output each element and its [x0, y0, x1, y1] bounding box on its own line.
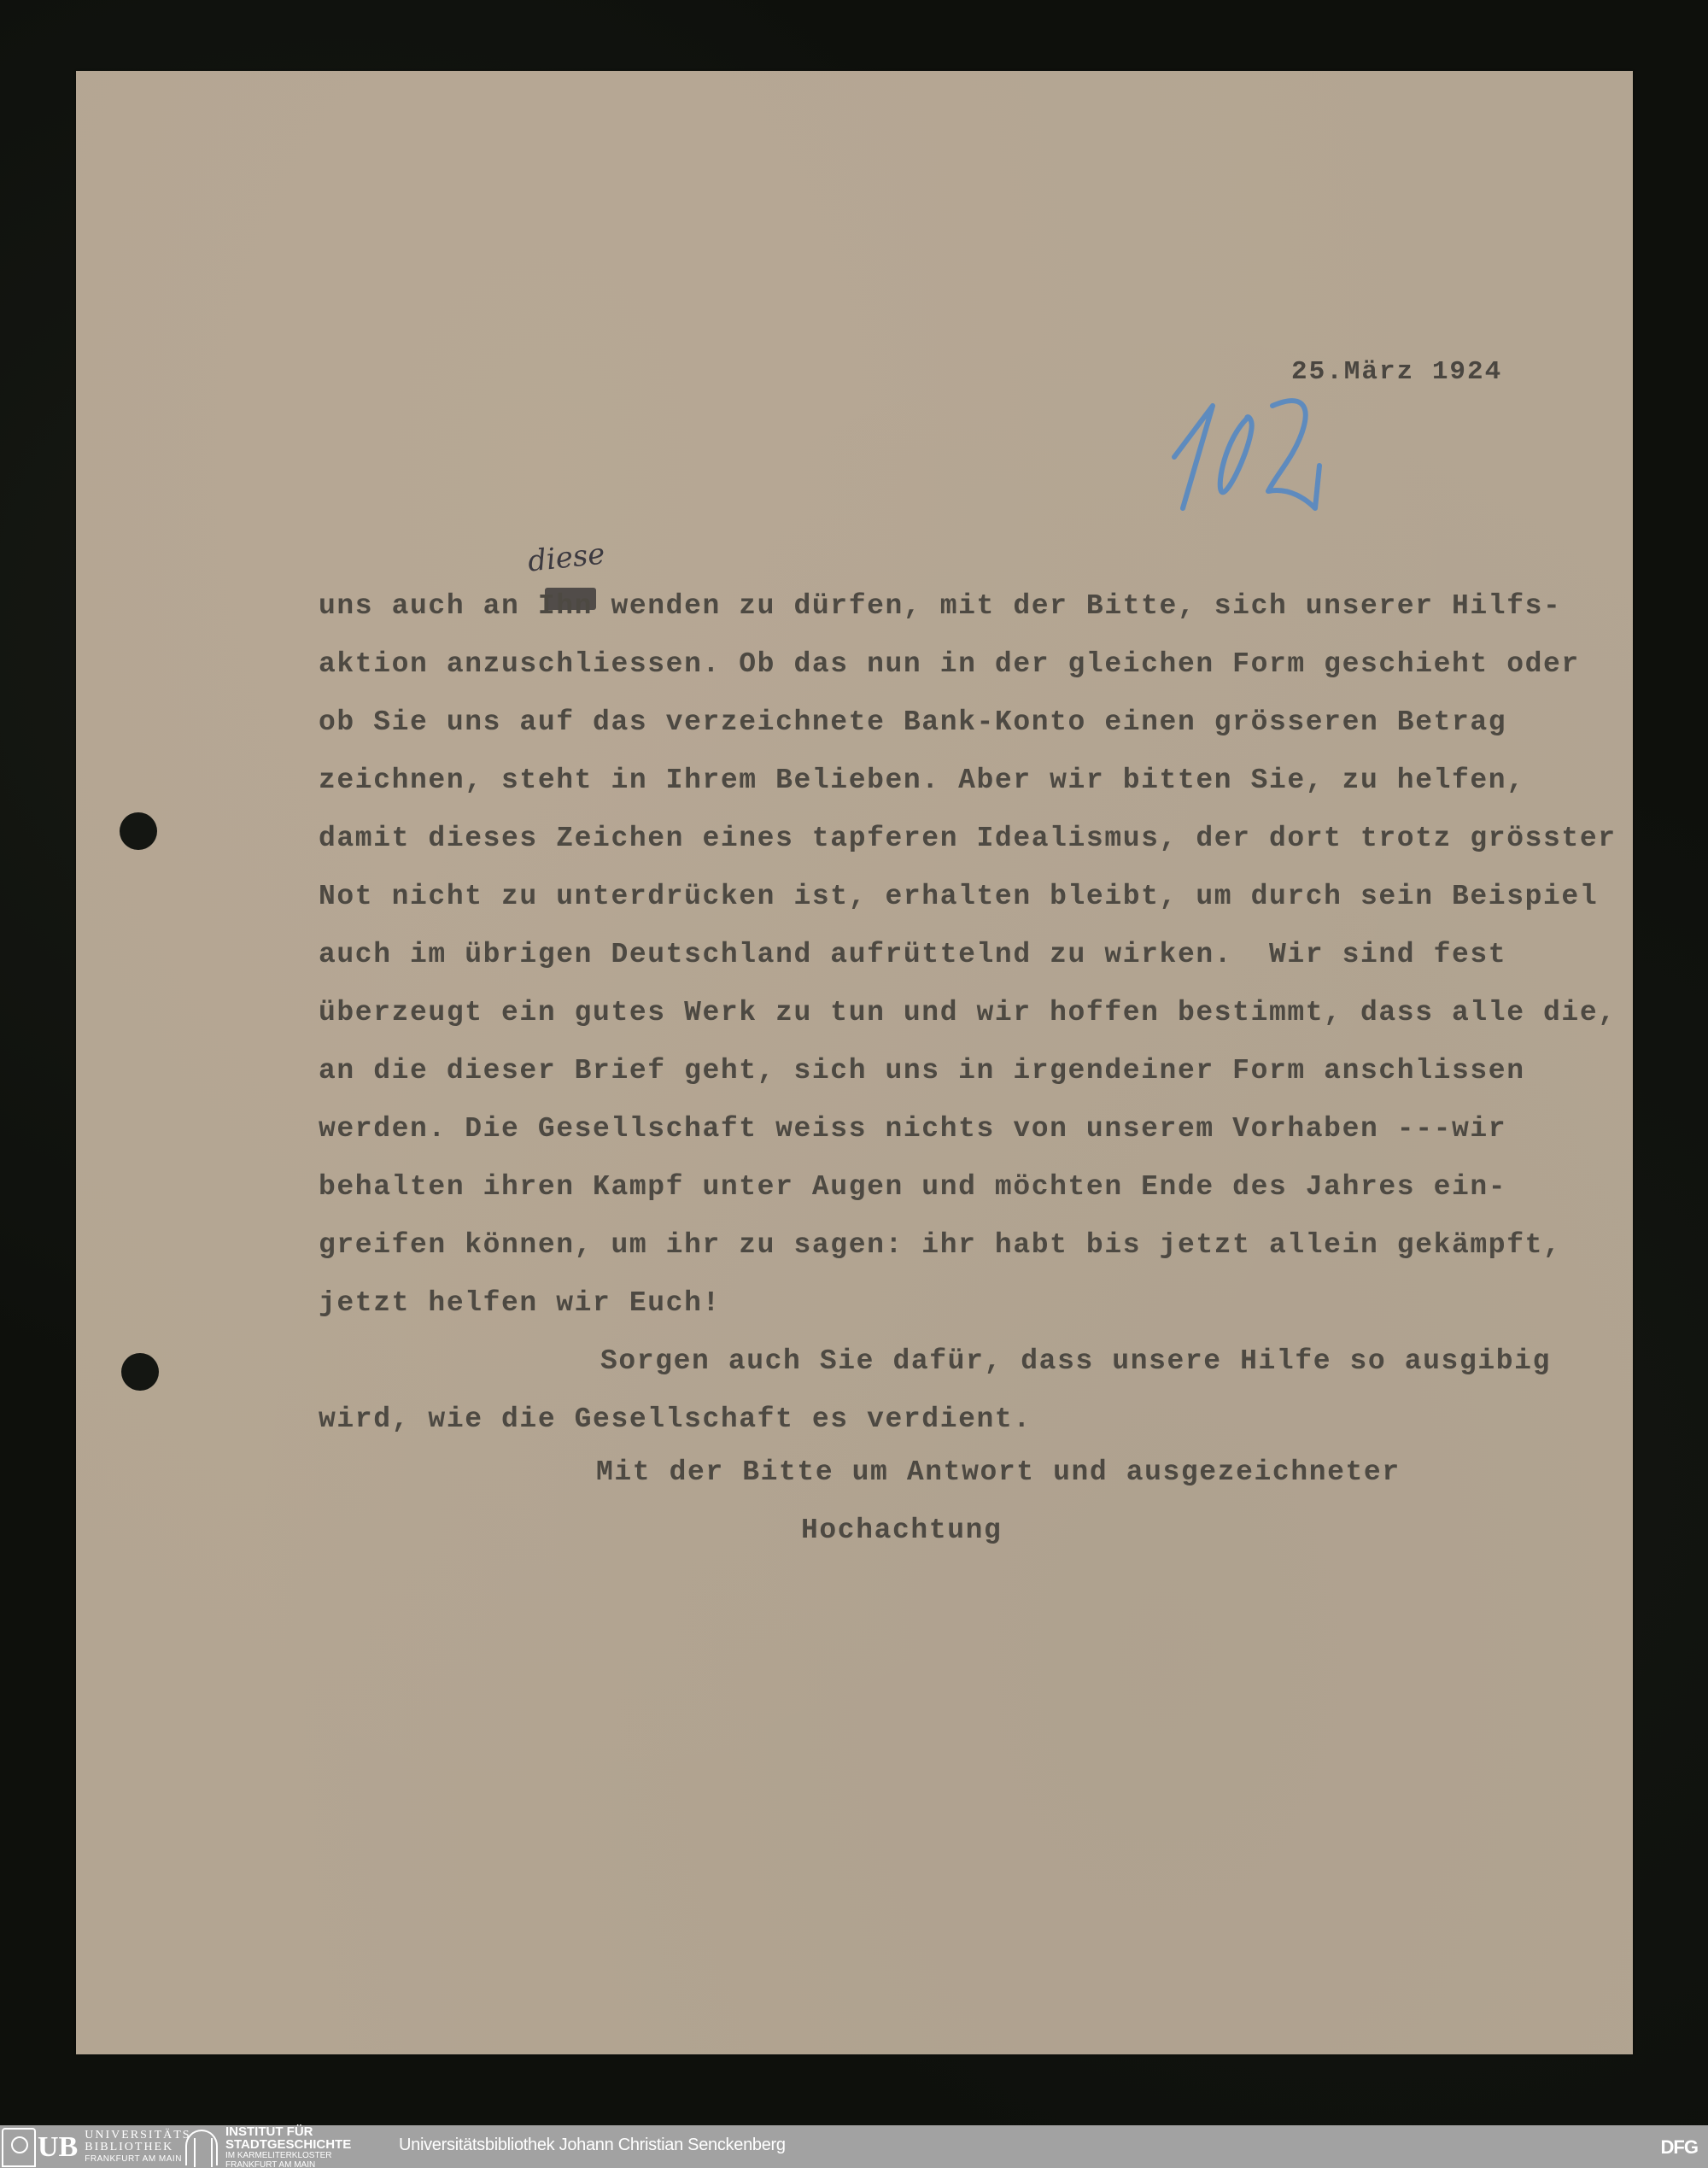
ub-logo-letters: UB [38, 2131, 78, 2164]
body-line: überzeugt ein gutes Werk zu tun und wir … [319, 984, 1634, 1042]
closing-line: Mit der Bitte um Antwort und ausgezeichn… [596, 1456, 1401, 1488]
institut-logo-text: INSTITUT FÜR STADTGESCHICHTE IM KARMELIT… [225, 2125, 351, 2168]
ub-logo-line: BIBLIOTHEK [85, 2142, 190, 2153]
ub-logo-line: FRANKFURT AM MAIN [85, 2153, 190, 2165]
body-line: uns auch an Ihn wenden zu dürfen, mit de… [319, 577, 1634, 636]
body-line: werden. Die Gesellschaft weiss nichts vo… [319, 1100, 1634, 1158]
svg-text:102: 102 [1166, 389, 1167, 390]
ub-library-logo[interactable]: UB UNIVERSITÄTS BIBLIOTHEK FRANKFURT AM … [2, 2129, 191, 2166]
body-line: an die dieser Brief geht, sich uns in ir… [319, 1042, 1634, 1100]
institut-stadtgeschichte-logo[interactable]: INSTITUT FÜR STADTGESCHICHTE IM KARMELIT… [185, 2129, 351, 2166]
body-line: greifen können, um ihr zu sagen: ihr hab… [319, 1216, 1634, 1274]
body-line: jetzt helfen wir Euch! [319, 1274, 1634, 1333]
dfg-logo[interactable]: DFG [1661, 2136, 1698, 2159]
body-line: behalten ihren Kampf unter Augen und möc… [319, 1158, 1634, 1216]
punch-hole-bottom [121, 1353, 159, 1391]
body-line: wird, wie die Gesellschaft es verdient. [319, 1391, 1634, 1449]
body-line: aktion anzuschliessen. Ob das nun in der… [319, 636, 1634, 694]
punch-hole-top [120, 812, 157, 850]
institut-logo-line: IM KARMELITERKLOSTER [225, 2151, 351, 2160]
letter-date: 25.März 1924 [1291, 357, 1502, 387]
institut-logo-line: FRANKFURT AM MAIN [225, 2160, 351, 2168]
body-line: auch im übrigen Deutschland aufrüttelnd … [319, 926, 1634, 984]
body-line: damit dieses Zeichen eines tapferen Idea… [319, 810, 1634, 868]
ub-portrait-icon [2, 2128, 36, 2167]
folio-number-handwritten: 102 [1166, 389, 1345, 517]
body-line-paragraph-start: Sorgen auch Sie dafür, dass unsere Hilfe… [319, 1333, 1634, 1391]
letter-body: uns auch an Ihn wenden zu dürfen, mit de… [319, 577, 1634, 1449]
ub-logo-line: UNIVERSITÄTS [85, 2130, 190, 2142]
body-line: Not nicht zu unterdrücken ist, erhalten … [319, 868, 1634, 926]
ub-logo-text: UNIVERSITÄTS BIBLIOTHEK FRANKFURT AM MAI… [85, 2130, 190, 2165]
footer-bar: UB UNIVERSITÄTS BIBLIOTHEK FRANKFURT AM … [0, 2125, 1708, 2168]
closing-salutation: Hochachtung [801, 1515, 1002, 1546]
library-name: Universitätsbibliothek Johann Christian … [399, 2136, 786, 2155]
body-line: zeichnen, steht in Ihrem Belieben. Aber … [319, 752, 1634, 810]
institut-logo-line: INSTITUT FÜR [225, 2125, 351, 2138]
institut-logo-line: STADTGESCHICHTE [225, 2138, 351, 2151]
arch-icon [185, 2130, 218, 2165]
body-line: ob Sie uns auf das verzeichnete Bank-Kon… [319, 694, 1634, 752]
